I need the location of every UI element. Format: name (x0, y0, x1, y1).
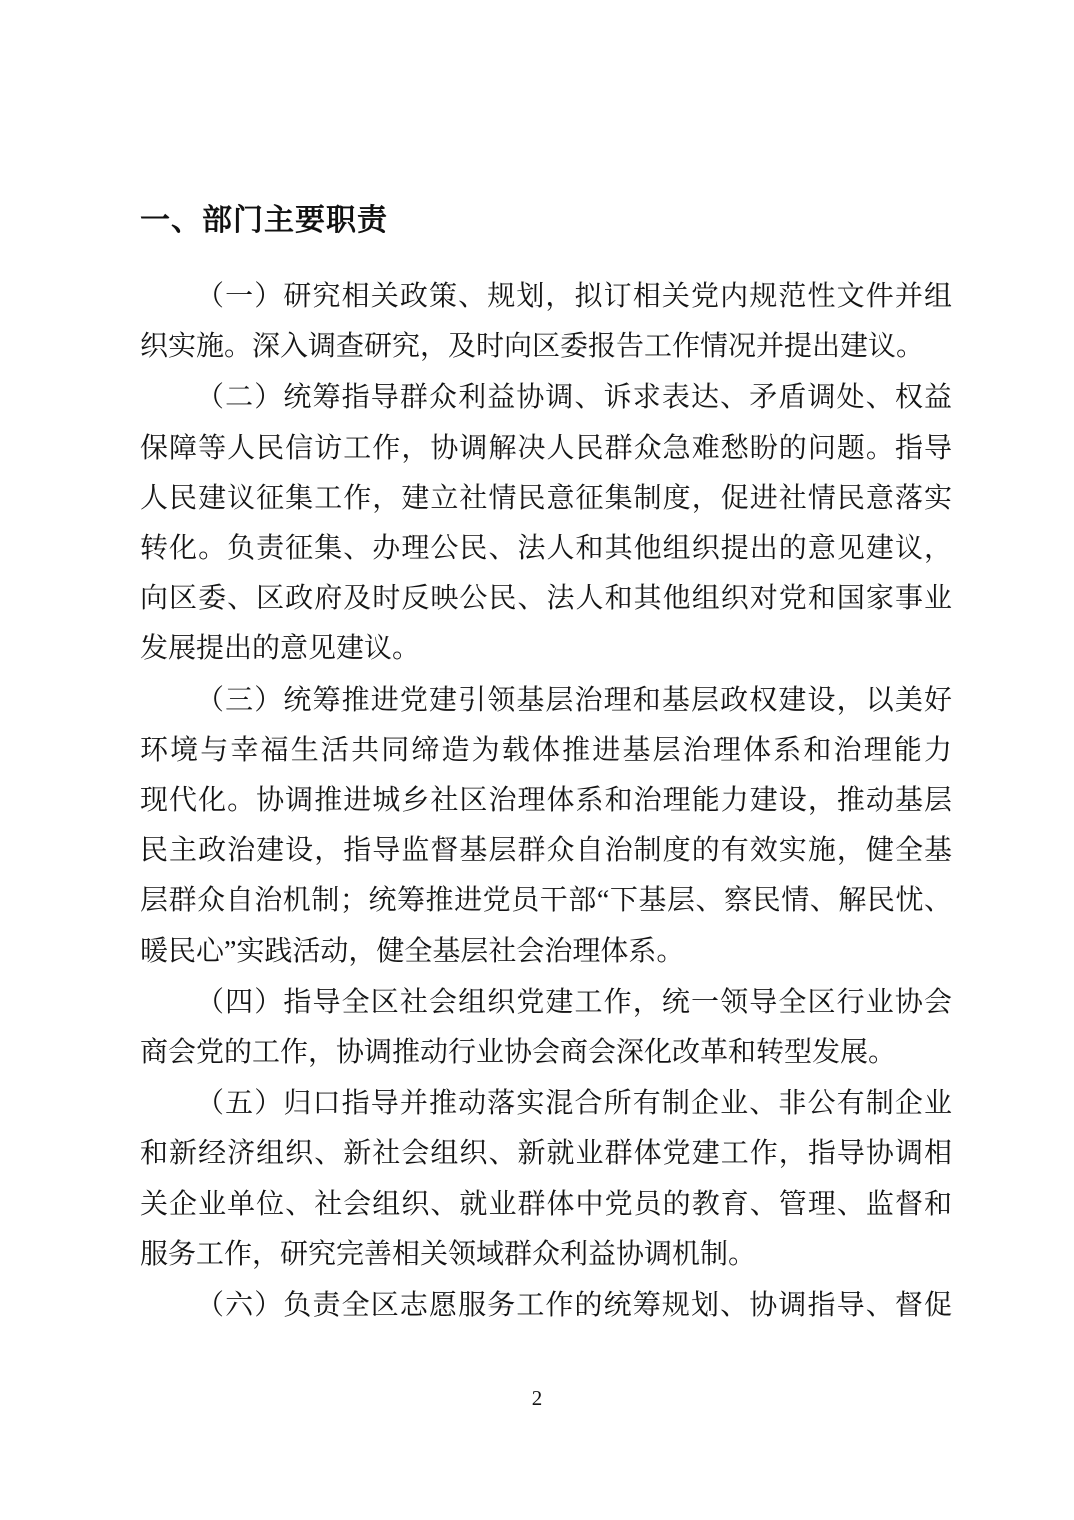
text-line: 现代化。协调推进城乡社区治理体系和治理能力建设，推动基层 (140, 776, 952, 826)
paragraphs-container: （一）研究相关政策、规划，拟订相关党内规范性文件并组织实施。深入调查研究，及时向… (140, 272, 952, 1331)
text-line: 和新经济组织、新社会组织、新就业群体党建工作，指导协调相 (140, 1129, 952, 1179)
paragraph: （五）归口指导并推动落实混合所有制企业、非公有制企业和新经济组织、新社会组织、新… (140, 1079, 952, 1280)
paragraph: （三）统筹推进党建引领基层治理和基层政权建设，以美好环境与幸福生活共同缔造为载体… (140, 676, 952, 977)
text-line: 发展提出的意见建议。 (140, 624, 952, 674)
text-line: （五）归口指导并推动落实混合所有制企业、非公有制企业 (140, 1079, 952, 1129)
paragraph: （四）指导全区社会组织党建工作，统一领导全区行业协会商会党的工作，协调推动行业协… (140, 978, 952, 1078)
text-line: （四）指导全区社会组织党建工作，统一领导全区行业协会 (140, 978, 952, 1028)
paragraph: （一）研究相关政策、规划，拟订相关党内规范性文件并组织实施。深入调查研究，及时向… (140, 272, 952, 372)
text-line: 人民建议征集工作，建立社情民意征集制度，促进社情民意落实 (140, 474, 952, 524)
text-line: 商会党的工作，协调推动行业协会商会深化改革和转型发展。 (140, 1028, 952, 1078)
text-line: （二）统筹指导群众利益协调、诉求表达、矛盾调处、权益 (140, 373, 952, 423)
paragraph: （六）负责全区志愿服务工作的统筹规划、协调指导、督促 (140, 1281, 952, 1331)
section-heading: 一、部门主要职责 (140, 196, 952, 246)
text-line: 关企业单位、社会组织、就业群体中党员的教育、管理、监督和 (140, 1180, 952, 1230)
text-line: 服务工作，研究完善相关领域群众利益协调机制。 (140, 1230, 952, 1280)
document-page: 一、部门主要职责 （一）研究相关政策、规划，拟订相关党内规范性文件并组织实施。深… (0, 0, 1074, 1520)
text-line: 层群众自治机制；统筹推进党员干部“下基层、察民情、解民忧、 (140, 876, 952, 926)
text-line: 暖民心”实践活动，健全基层社会治理体系。 (140, 927, 952, 977)
paragraph: （二）统筹指导群众利益协调、诉求表达、矛盾调处、权益保障等人民信访工作，协调解决… (140, 373, 952, 674)
text-line: （三）统筹推进党建引领基层治理和基层政权建设，以美好 (140, 676, 952, 726)
text-line: （一）研究相关政策、规划，拟订相关党内规范性文件并组 (140, 272, 952, 322)
text-line: 民主政治建设，指导监督基层群众自治制度的有效实施，健全基 (140, 826, 952, 876)
text-line: 保障等人民信访工作，协调解决人民群众急难愁盼的问题。指导 (140, 424, 952, 474)
text-line: 环境与幸福生活共同缔造为载体推进基层治理体系和治理能力 (140, 726, 952, 776)
text-line: 转化。负责征集、办理公民、法人和其他组织提出的意见建议， (140, 524, 952, 574)
text-line: （六）负责全区志愿服务工作的统筹规划、协调指导、督促 (140, 1281, 952, 1331)
text-line: 向区委、区政府及时反映公民、法人和其他组织对党和国家事业 (140, 574, 952, 624)
text-line: 织实施。深入调查研究，及时向区委报告工作情况并提出建议。 (140, 322, 952, 372)
page-number: 2 (0, 1384, 1074, 1412)
document-content: 一、部门主要职责 （一）研究相关政策、规划，拟订相关党内规范性文件并组织实施。深… (140, 196, 952, 1332)
